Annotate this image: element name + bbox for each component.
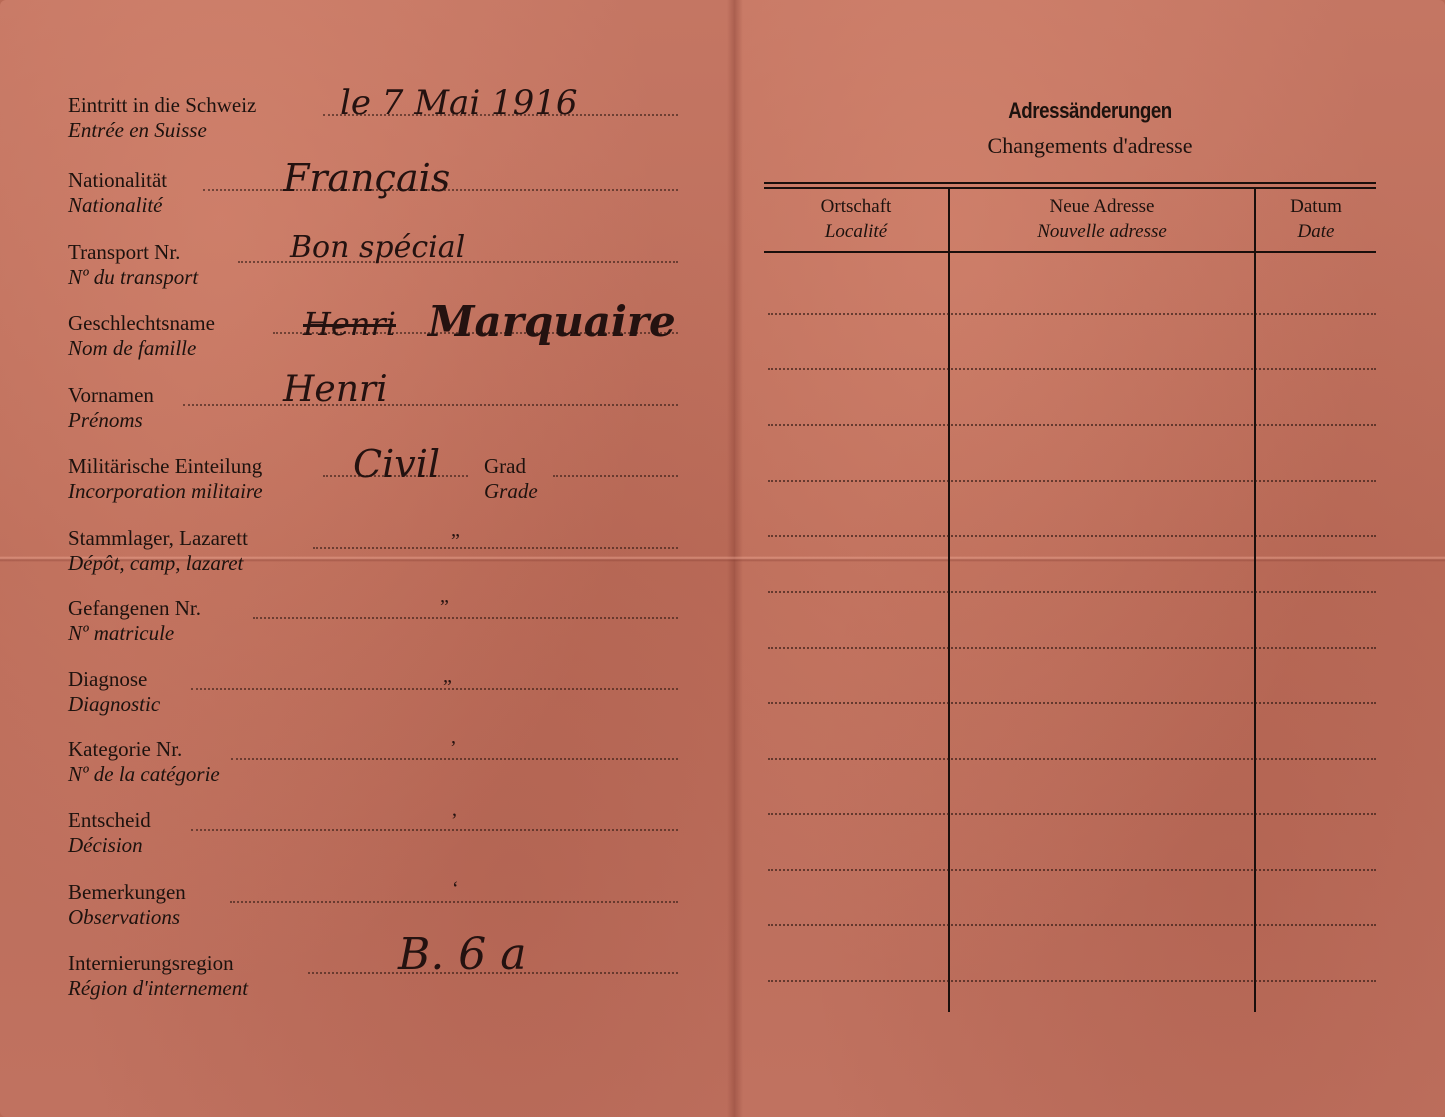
header-de: Ortschaft [764, 194, 948, 219]
ditto-mark[interactable]: ” [440, 596, 449, 619]
table-row[interactable] [768, 424, 1376, 426]
dotted-line [253, 617, 678, 619]
table-row[interactable] [768, 869, 1376, 871]
label-fr: Région d'internement [68, 976, 248, 1000]
column-divider [1254, 188, 1256, 1012]
label-de: Bemerkungen [68, 880, 186, 904]
label-fr: Nº de la catégorie [68, 762, 220, 786]
table-header-rule [764, 251, 1376, 253]
field-category-number: Kategorie Nr. Nº de la catégorie ’ [68, 737, 678, 797]
table-top-rule-inner [764, 187, 1376, 189]
label-de: Diagnose [68, 667, 147, 691]
table-row[interactable] [768, 758, 1376, 760]
label-fr: Nom de famille [68, 336, 196, 360]
handwritten-value[interactable]: le 7 Mai 1916 [340, 83, 578, 123]
label-grade-fr: Grade [484, 479, 538, 503]
field-nationality: Nationalität Nationalité Français [68, 168, 678, 228]
column-header-new-address: Neue Adresse Nouvelle adresse [950, 194, 1254, 244]
table-row[interactable] [768, 647, 1376, 649]
column-header-date: Datum Date [1256, 194, 1376, 244]
field-first-names: Vornamen Prénoms Henri [68, 383, 678, 443]
field-entry-date: Eintritt in die Schweiz Entrée en Suisse… [68, 93, 678, 153]
field-family-name: Geschlechtsname Nom de famille Henri Mar… [68, 311, 678, 371]
label-fr: Incorporation militaire [68, 479, 263, 503]
table-row[interactable] [768, 535, 1376, 537]
label-fr: Diagnostic [68, 692, 160, 716]
label-fr: Prénoms [68, 408, 143, 432]
field-transport-number: Transport Nr. Nº du transport Bon spécia… [68, 240, 678, 300]
column-divider [948, 188, 950, 1012]
header-de: Datum [1256, 194, 1376, 219]
field-observations: Bemerkungen Observations ʻ [68, 880, 678, 940]
table-row[interactable] [768, 368, 1376, 370]
label-de: Internierungsregion [68, 951, 234, 975]
label-de: Transport Nr. [68, 240, 180, 264]
label-de: Entscheid [68, 808, 151, 832]
label-fr: Dépôt, camp, lazaret [68, 551, 243, 575]
dotted-line-grade [553, 475, 678, 477]
struck-value: Henri [303, 305, 396, 343]
field-prisoner-number: Gefangenen Nr. Nº matricule ” [68, 596, 678, 656]
handwritten-value[interactable]: Civil [353, 442, 440, 486]
table-row[interactable] [768, 702, 1376, 704]
field-internment-region: Internierungsregion Région d'internement… [68, 951, 678, 1011]
field-military-incorporation: Militärische Einteilung Incorporation mi… [68, 454, 678, 514]
label-de: Nationalität [68, 168, 167, 192]
label-de: Eintritt in die Schweiz [68, 93, 256, 117]
header-fr: Localité [764, 219, 948, 244]
ditto-mark[interactable]: ” [451, 530, 460, 553]
header-fr: Date [1256, 219, 1376, 244]
label-de: Stammlager, Lazarett [68, 526, 248, 550]
label-fr: Décision [68, 833, 143, 857]
address-change-table: Ortschaft Localité Neue Adresse Nouvelle… [764, 182, 1376, 1014]
label-de: Geschlechtsname [68, 311, 215, 335]
label-de: Kategorie Nr. [68, 737, 182, 761]
address-changes-subtitle: Changements d'adresse [735, 133, 1445, 159]
dotted-line [230, 901, 678, 903]
label-fr: Nationalité [68, 193, 163, 217]
address-changes-title: Adressänderungen [788, 98, 1392, 124]
handwritten-value[interactable]: Marquaire [428, 297, 676, 346]
table-row[interactable] [768, 591, 1376, 593]
label-fr: Nº du transport [68, 265, 198, 289]
handwritten-value[interactable]: Henri [283, 369, 388, 410]
label-grade-de: Grad [484, 454, 526, 478]
label-fr: Entrée en Suisse [68, 118, 207, 142]
column-header-locality: Ortschaft Localité [764, 194, 948, 244]
dotted-line [191, 688, 678, 690]
table-row[interactable] [768, 813, 1376, 815]
header-fr: Nouvelle adresse [950, 219, 1254, 244]
handwritten-value[interactable]: Français [283, 156, 450, 200]
label-fr: Nº matricule [68, 621, 174, 645]
dotted-line [183, 404, 678, 406]
dotted-line [191, 829, 678, 831]
table-row[interactable] [768, 480, 1376, 482]
ditto-mark[interactable]: ʼ [451, 810, 458, 833]
table-row[interactable] [768, 980, 1376, 982]
handwritten-value[interactable]: Bon spécial [290, 230, 465, 265]
ditto-mark[interactable]: ʻ [452, 878, 459, 901]
handwritten-value[interactable]: B. 6 a [398, 929, 527, 980]
ditto-mark[interactable]: „ [443, 665, 452, 688]
field-diagnosis: Diagnose Diagnostic „ [68, 667, 678, 727]
label-de: Gefangenen Nr. [68, 596, 201, 620]
label-de: Vornamen [68, 383, 154, 407]
label-de: Militärische Einteilung [68, 454, 262, 478]
ditto-mark[interactable]: ’ [450, 737, 457, 760]
dotted-line [313, 547, 678, 549]
table-row[interactable] [768, 924, 1376, 926]
field-decision: Entscheid Décision ʼ [68, 808, 678, 868]
header-de: Neue Adresse [950, 194, 1254, 219]
table-row[interactable] [768, 313, 1376, 315]
field-depot-camp: Stammlager, Lazarett Dépôt, camp, lazare… [68, 526, 678, 586]
table-top-rule [764, 182, 1376, 184]
label-fr: Observations [68, 905, 180, 929]
